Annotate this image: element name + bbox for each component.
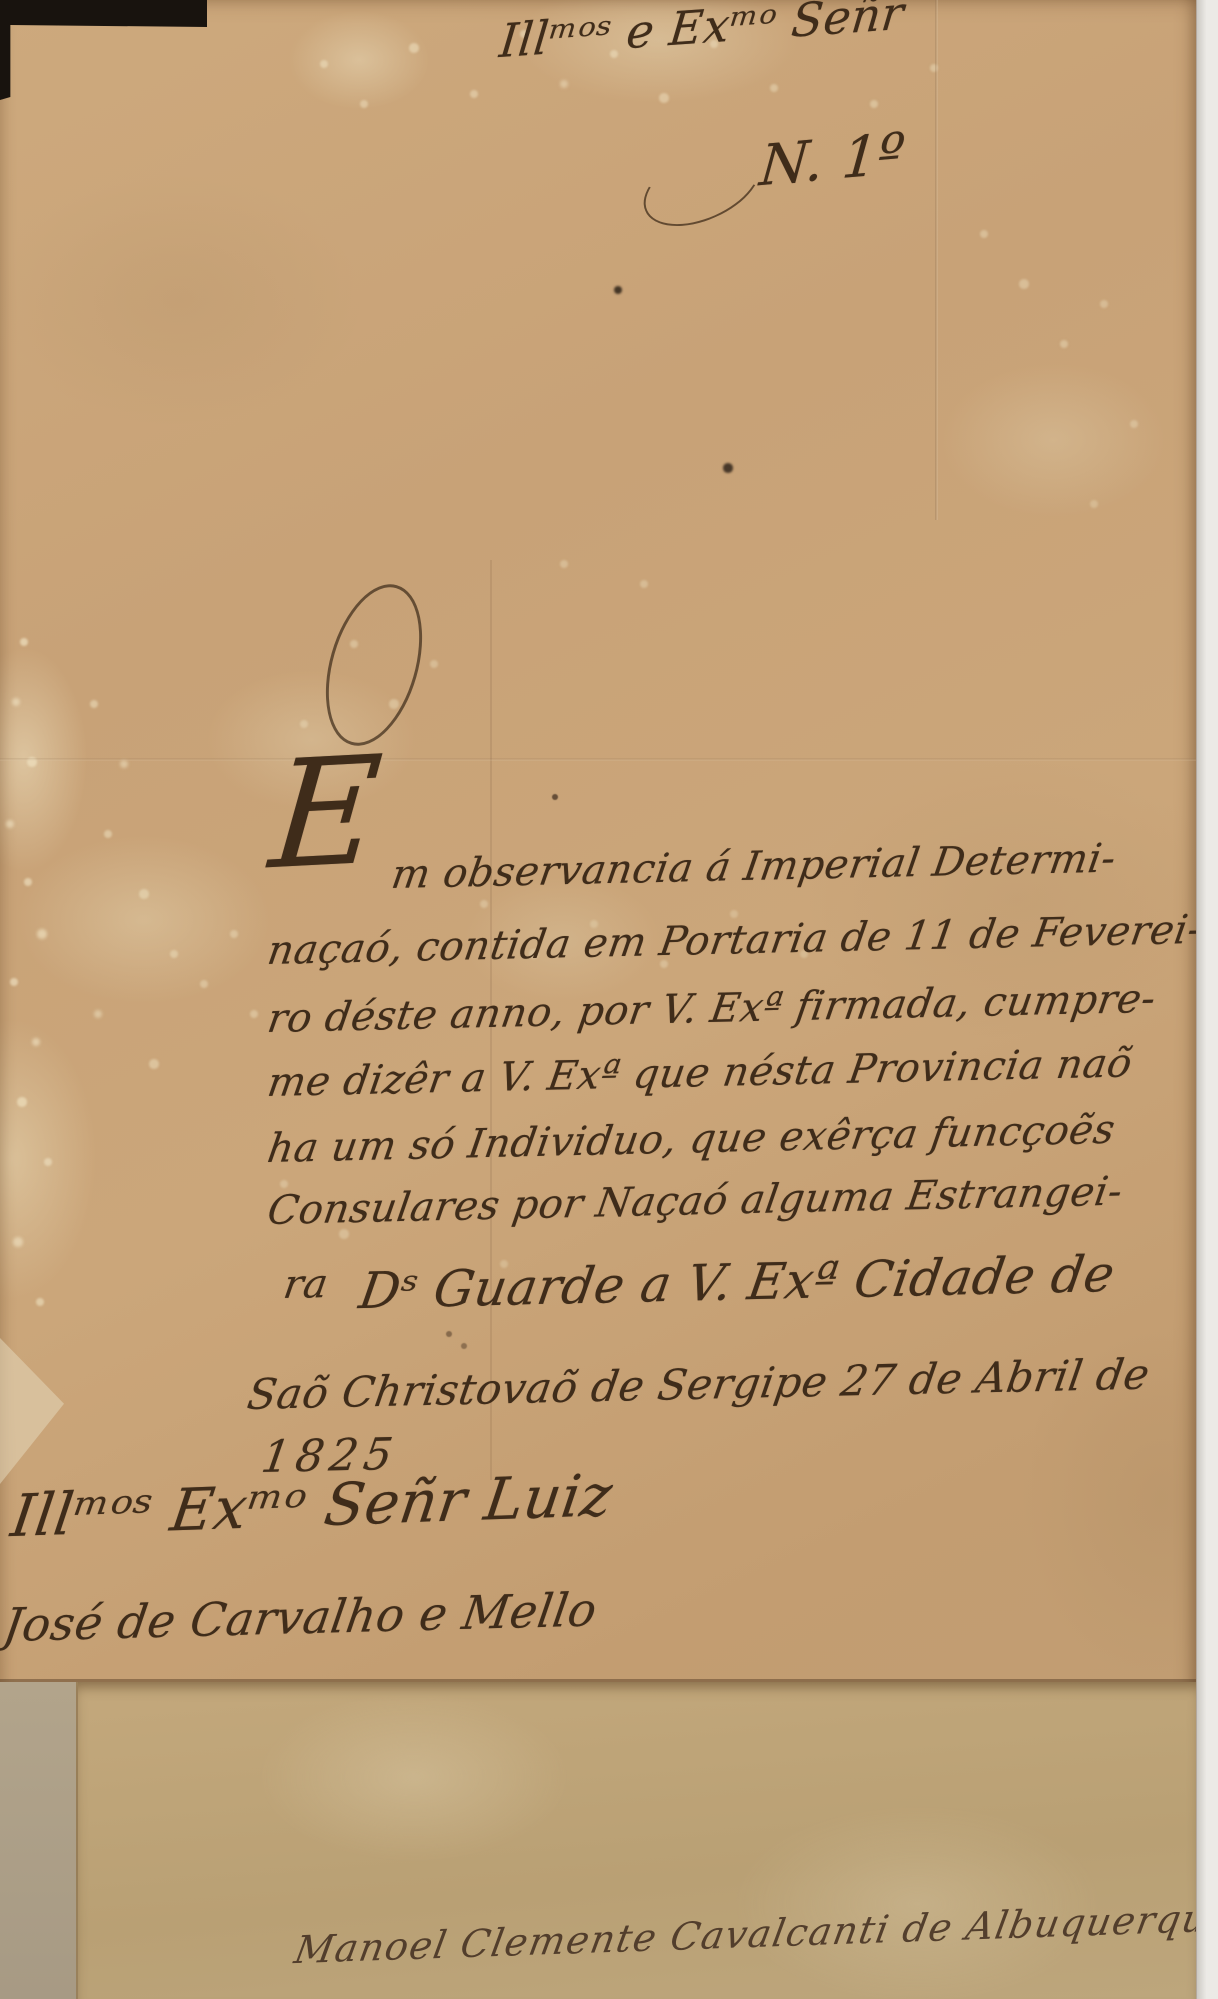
valediction-line: Dˢ Guarde a V. Exª Cidade de (356, 1245, 1119, 1320)
under-sheet-strip (0, 1682, 76, 1999)
dateline: Saõ Christovaõ de Sergipe 27 de Abril de (244, 1349, 1153, 1419)
document-number: N. 1º (757, 121, 908, 199)
salutation-line: Illᵐᵒˢ e Exᵐᵒ Señr (497, 0, 907, 68)
paper-right-edge (1196, 0, 1218, 1999)
body-line: Consulares por Naçaó alguma Estrangei- (264, 1169, 1125, 1235)
body-line: ro déste anno, por V. Exª firmada, cumpr… (264, 976, 1159, 1042)
body-line: me dizêr a V. Exª que nésta Provincia na… (264, 1040, 1135, 1106)
body-line: ha um só Individuo, que exêrça funcçoẽs (264, 1107, 1118, 1172)
drop-cap-initial: E (265, 736, 386, 891)
addressee-line-1: Illᵐᵒˢ Exᵐᵒ Señr Luiz (7, 1461, 617, 1550)
horizontal-crease (0, 758, 1197, 761)
body-line: naçaó, contida em Portaria de 11 de Feve… (264, 907, 1205, 974)
addressee-line-2: José de Carvalho e Mello (0, 1582, 601, 1652)
closing-word: ra (280, 1261, 331, 1308)
vertical-crease (935, 0, 938, 520)
number-flourish-stroke (632, 130, 773, 243)
photo-backdrop: Illᵐᵒˢ e Exᵐᵒ Señr N. 1º E m observancia… (0, 0, 1218, 1999)
body-line: m observancia á Imperial Determi- (388, 835, 1119, 898)
